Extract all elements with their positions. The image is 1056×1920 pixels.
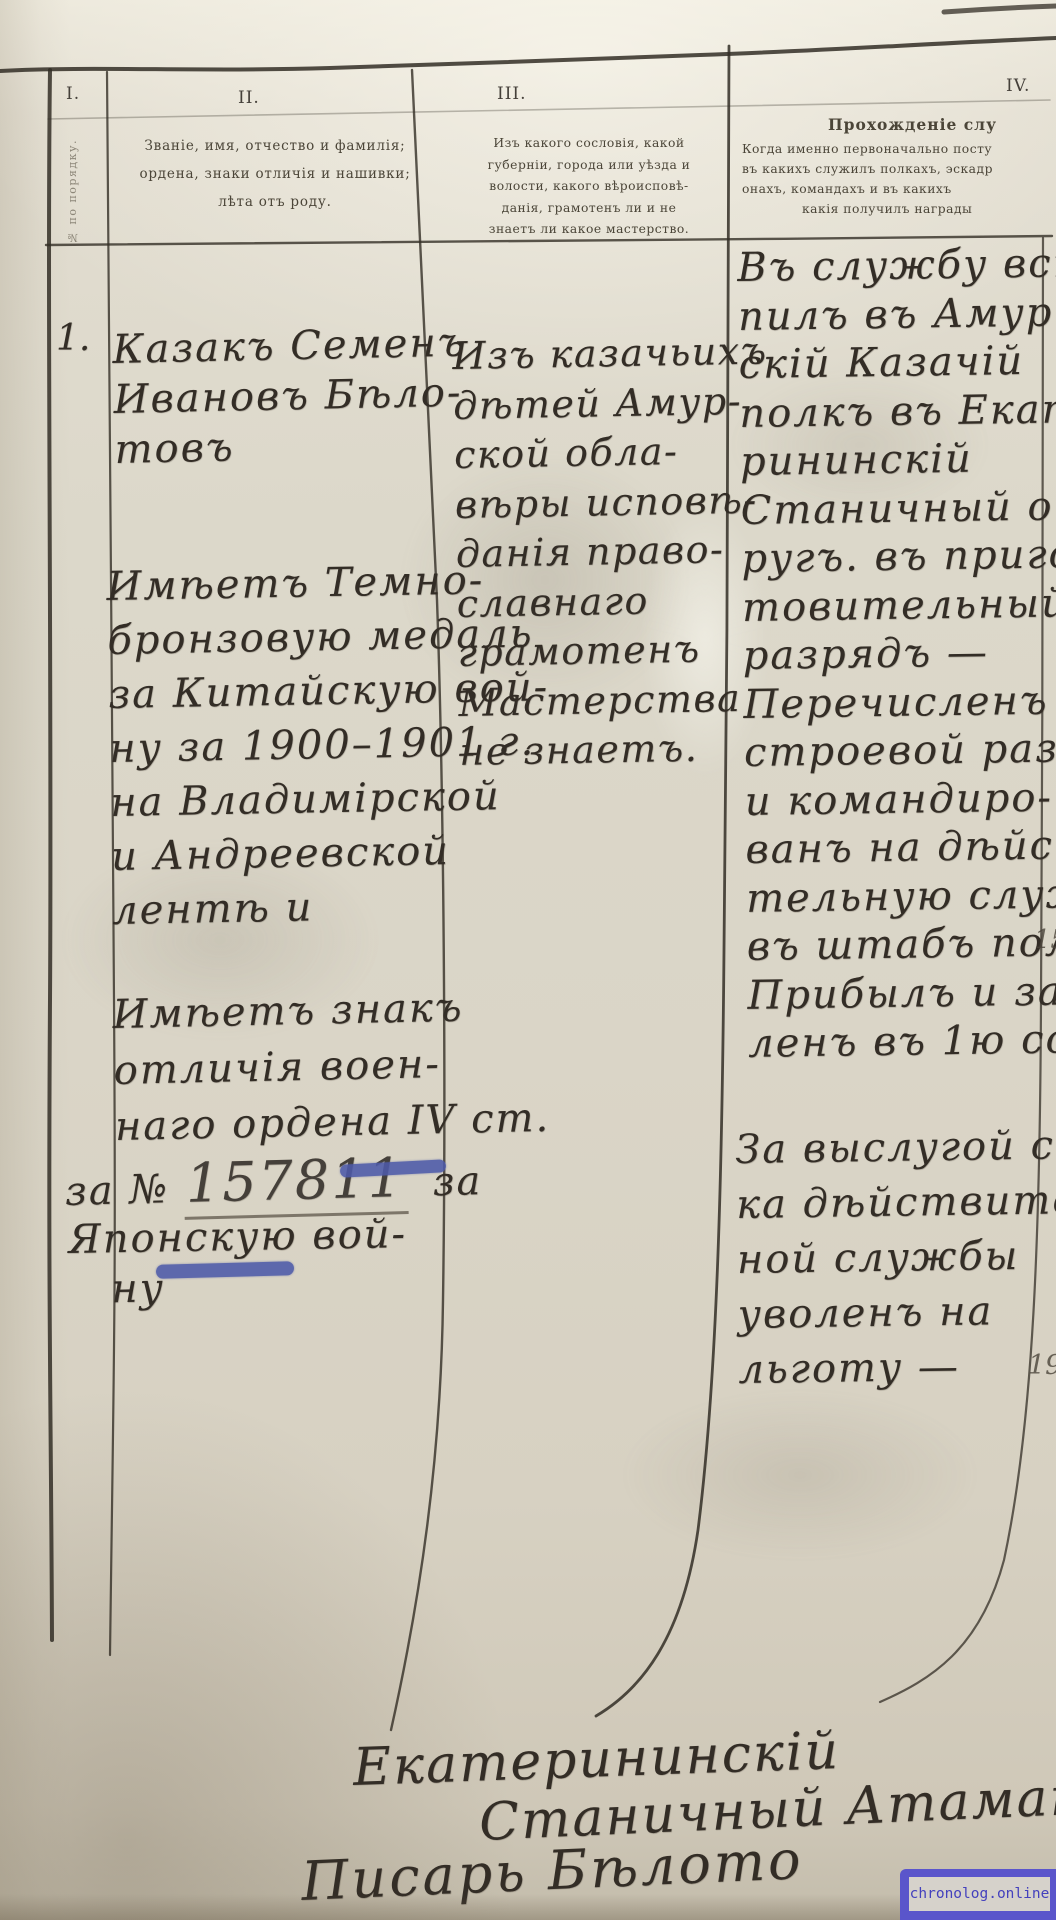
entry-origin-line: дѣтей Амур- <box>453 376 769 431</box>
entry-service: Въ службу всту пилъ въ Амур скій Казачій… <box>737 238 1056 1068</box>
entry-origin-line: славнаго <box>456 574 772 629</box>
entry-medal-line: лентѣ и <box>112 876 554 938</box>
column3-numeral: III. <box>497 84 527 104</box>
entry-service-line: ванъ на дѣйстви <box>745 820 1056 874</box>
watermark-label: chronolog.online <box>909 1877 1050 1911</box>
entry-name-line: Ивановъ Бѣло- <box>113 368 468 425</box>
entry-service-line: въ штабъ полка <box>746 917 1056 971</box>
column1-header-label: № по порядку. <box>66 128 79 244</box>
entry-service-line: разрядъ — <box>742 626 1056 680</box>
watermark-badge: chronolog.online <box>900 1869 1056 1920</box>
entry-origin-line: данія право- <box>455 524 771 579</box>
column3-header-line: Изъ какого сословія, какой <box>448 133 730 155</box>
column3-header-line: волости, какого вѣроисповѣ- <box>448 176 730 198</box>
entry-service-line: Въ службу всту <box>737 238 1056 292</box>
badge-number-line: за № 157811 за <box>64 1144 483 1218</box>
entry-service-line: Перечисленъ въ <box>743 674 1056 728</box>
column3-header-line: губерніи, города или уѣзда и <box>448 155 730 177</box>
entry-badge-line: Имѣетъ знакъ <box>112 978 548 1043</box>
entry-origin-line: ской обла- <box>454 425 770 480</box>
column3-header-line: знаетъ ли какое мастерство. <box>448 219 730 241</box>
column1-numeral: I. <box>66 84 80 104</box>
entry-name-line: товъ <box>114 418 469 475</box>
column2-header-line: Званіе, имя, отчество и фамилія; <box>112 132 438 160</box>
entry-service-line: скій Казачій <box>738 335 1056 389</box>
entry-origin-line: грамотенъ <box>457 623 773 678</box>
entry-discharge-line: ной службы <box>737 1228 1056 1288</box>
column3-header-line: данія, грамотенъ ли и не <box>448 198 730 220</box>
entry-badge-line: наго ордена IV ст. <box>114 1090 550 1155</box>
column4-header-title: Прохожденіе слу <box>828 115 997 134</box>
margin-date-fragment: 15 <box>1034 925 1056 955</box>
entry-service-line: товительный <box>742 578 1056 632</box>
entry-origin: Изъ казачьихъ дѣтей Амур- ской обла- вѣр… <box>452 327 775 778</box>
entry-service-line: рининскій <box>740 432 1056 486</box>
column4-header: Когда именно первоначально посту въ каки… <box>742 139 993 219</box>
entry-origin-line: вѣры исповѣ- <box>455 475 771 530</box>
column2-header-line: ордена, знаки отличія и нашивки; <box>112 160 438 188</box>
entry-name: Казакъ Семенъ Ивановъ Бѣло- товъ <box>112 318 469 475</box>
entry-service-line: тельную службу <box>746 868 1056 922</box>
entry-origin-line: не знаетъ. <box>459 722 775 777</box>
entry-badge-line: отличія воен- <box>113 1034 549 1099</box>
column4-header-line: какія получилъ награды <box>742 199 993 219</box>
entry-service-line: ленъ въ 1ю сот. <box>748 1014 1056 1068</box>
entry-service-line: пилъ въ Амур <box>738 287 1056 341</box>
badge-number-prefix: за № <box>64 1166 169 1215</box>
column2-numeral: II. <box>238 88 260 108</box>
bottom-edge-shadow <box>0 1894 1056 1920</box>
entry-medal-line: и Андреевской <box>111 822 553 884</box>
column2-header-line: лѣта отъ роду. <box>112 188 438 216</box>
scanned-document-page: I. II. III. IV. № по порядку. Званіе, им… <box>0 0 1056 1920</box>
entry-service-line: ругъ. въ приго <box>741 529 1056 583</box>
row-number: 1. <box>56 318 90 359</box>
entry-service-line: и командиро- <box>744 771 1056 825</box>
entry-service-line: Прибылъ и зачис <box>747 965 1056 1019</box>
entry-name-line: Казакъ Семенъ <box>112 318 467 375</box>
entry-discharge-line: За выслугой сро <box>735 1118 1056 1178</box>
column3-header: Изъ какого сословія, какой губерніи, гор… <box>448 133 730 241</box>
entry-service-line: полкъ въ Екат <box>739 384 1056 438</box>
entry-discharge-line: льготу — <box>738 1337 1056 1397</box>
entry-discharge-line: уволенъ на <box>737 1282 1056 1342</box>
column4-header-line: онахъ, командахъ и въ какихъ <box>742 179 993 199</box>
column2-header: Званіе, имя, отчество и фамилія; ордена,… <box>112 132 438 216</box>
entry-discharge-line: ка дѣйствитель <box>736 1173 1056 1233</box>
entry-badge: Имѣетъ знакъ отличія воен- наго ордена I… <box>112 978 551 1155</box>
margin-date-fragment: 19 <box>1028 1350 1056 1381</box>
entry-service-line: Станичный ок <box>740 481 1056 535</box>
entry-service-line: строевой разрядъ <box>744 723 1056 777</box>
column4-header-line: Когда именно первоначально посту <box>742 139 993 159</box>
entry-medal-line: на Владимірской <box>110 768 552 830</box>
entry-origin-line: Изъ казачьихъ <box>452 327 768 382</box>
watermark-text: chronolog.online <box>910 1886 1050 1902</box>
column4-numeral: IV. <box>1006 76 1030 96</box>
entry-origin-line: Мастерства <box>458 673 774 728</box>
entry-badge-tail-line: Японскую вой- <box>68 1209 407 1265</box>
column4-header-line: въ какихъ служилъ полкахъ, эскадр <box>742 159 993 179</box>
entry-discharge: За выслугой сро ка дѣйствитель ной служб… <box>735 1118 1056 1398</box>
